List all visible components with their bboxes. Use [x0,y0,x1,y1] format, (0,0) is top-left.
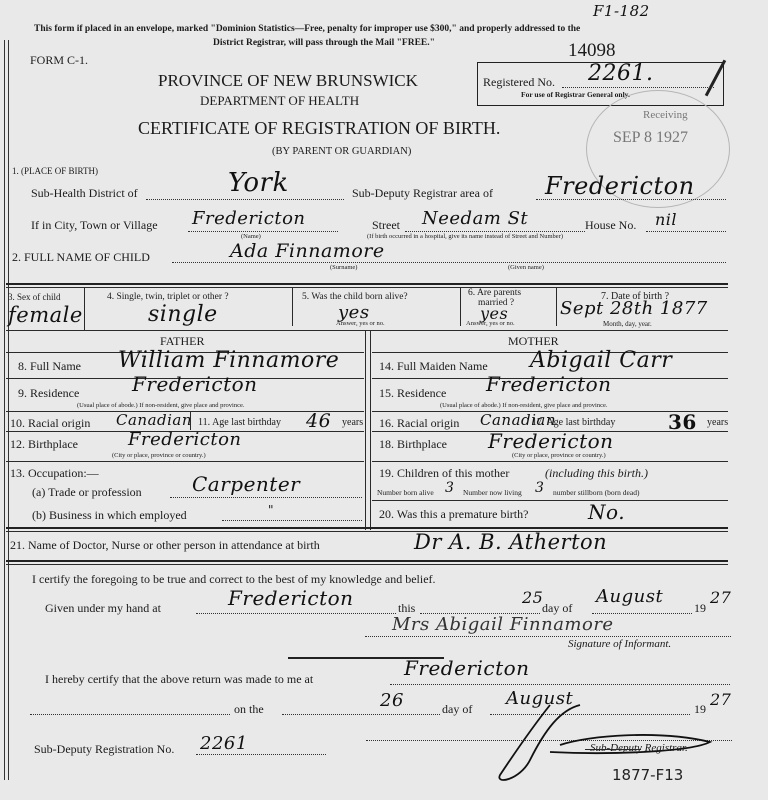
mother-birthplace-value[interactable]: Fredericton [488,429,614,453]
premature-label: 20. Was this a premature birth? [379,507,528,522]
street-value[interactable]: Needam St [422,208,528,229]
living-label: Number now living [463,488,522,497]
mother-age-unit: years [707,417,728,428]
registrar-place-value[interactable]: Fredericton [404,656,530,680]
given-place-value[interactable]: Fredericton [228,586,354,610]
file-number: 14098 [568,40,616,62]
city-hint: (Name) [241,233,261,240]
father-residence-value[interactable]: Fredericton [132,372,258,396]
given-under-label: Given under my hand at [45,601,161,616]
alive-hint: Answer, yes or no. [336,320,385,327]
dob-hint: Month, day, year. [603,320,652,328]
street-label: Street [372,218,400,233]
mail-notice-line2: District Registrar, will pass through th… [213,38,435,48]
department-title: DEPARTMENT OF HEALTH [200,93,359,109]
father-business-label: (b) Business in which employed [32,508,187,523]
informant-signature-label: Signature of Informant. [568,638,671,650]
father-heading: FATHER [160,334,204,349]
informant-day-value[interactable]: 25 [522,588,543,607]
attendant-value[interactable]: Dr A. B. Atherton [414,530,607,554]
father-age-unit: years [342,417,363,428]
corner-note: F1-182 [593,2,650,20]
mother-racial-label: 16. Racial origin [379,416,459,431]
sex-value[interactable]: female [8,303,83,327]
father-occupation-label: 13. Occupation:— [10,466,99,481]
registrar-signature-label: Sub-Deputy Registrar. [590,742,688,754]
born-alive-value[interactable]: 3 [445,480,454,496]
mother-name-label: 14. Full Maiden Name [379,359,488,374]
certification-statement: I certify the foregoing to be true and c… [32,572,436,587]
father-residence-hint: (Usual place of abode.) If non-resident,… [77,402,245,409]
registrar-day-value[interactable]: 26 [380,690,404,711]
given-name-hint: (Given name) [508,264,544,271]
registered-label: Registered No. [483,75,555,90]
file-reference: 1877-F13 [612,766,683,784]
mother-residence-hint: (Usual place of abode.) If non-resident,… [440,402,608,409]
mother-name-value[interactable]: Abigail Carr [530,348,672,373]
mail-notice-line1: This form if placed in an envelope, mark… [34,24,580,34]
plurality-label: 4. Single, twin, triplet or other ? [107,292,229,302]
father-birthplace-label: 12. Birthplace [10,437,78,452]
father-age-value[interactable]: 46 [306,410,331,432]
reg-no-value[interactable]: 2261 [200,733,248,754]
informant-signature[interactable]: Mrs Abigail Finnamore [392,614,614,635]
father-racial-label: 10. Racial origin [10,416,90,431]
child-name-value[interactable]: Ada Finnamore [230,240,385,262]
informant-year-value[interactable]: 27 [710,588,731,607]
alive-label: 5. Was the child born alive? [302,292,408,302]
registered-value: 2261. [588,61,653,86]
hospital-hint: (If birth occurred in a hospital, give i… [367,233,563,240]
stamp-top-text: Receiving [643,109,688,121]
informant-month-value[interactable]: August [596,586,663,607]
registrar-signature[interactable] [490,690,720,790]
mother-age-label: 17. Age last birthday [532,417,615,428]
father-business-value[interactable]: " [268,503,274,517]
strikethrough [585,749,641,750]
province-title: PROVINCE OF NEW BRUNSWICK [158,71,418,91]
married-label-1: 6. Are parents [468,288,521,298]
child-name-label: 2. FULL NAME OF CHILD [12,250,150,265]
father-name-value[interactable]: William Finnamore [118,348,339,373]
district-value[interactable]: York [228,168,289,198]
father-age-label: 11. Age last birthday [198,417,281,428]
registrar-day-of-label: day of [442,702,472,717]
mother-children-label-italic: (including this birth.) [545,466,648,481]
form-number: FORM C-1. [30,53,88,68]
surname-hint: (Surname) [330,264,357,271]
mother-birthplace-hint: (City or place, province or country.) [512,452,606,459]
father-birthplace-value[interactable]: Fredericton [128,429,242,450]
attendant-label: 21. Name of Doctor, Nurse or other perso… [10,538,320,553]
born-alive-label: Number born alive [377,488,434,497]
left-border [4,40,9,780]
sex-label: 3. Sex of child [8,292,61,302]
mother-heading: MOTHER [508,334,559,349]
dob-value[interactable]: Sept 28th 1877 [560,298,708,319]
mother-birthplace-label: 18. Birthplace [379,437,447,452]
registrar-statement: I hereby certify that the above return w… [45,672,313,687]
mother-children-label: 19. Children of this mother [379,466,509,481]
certificate-title: CERTIFICATE OF REGISTRATION OF BIRTH. [138,118,500,139]
premature-value[interactable]: No. [588,500,625,524]
living-value[interactable]: 3 [535,480,544,496]
mother-residence-label: 15. Residence [379,386,446,401]
district-label: Sub-Health District of [31,186,138,201]
place-section-label: 1. (PLACE OF BIRTH) [12,166,98,176]
plurality-value[interactable]: single [148,302,218,327]
area-label: Sub-Deputy Registrar area of [352,186,493,201]
house-value[interactable]: nil [655,210,677,229]
area-value[interactable]: Fredericton [545,172,695,200]
father-birthplace-hint: (City or place, province or country.) [112,452,206,459]
father-trade-value[interactable]: Carpenter [192,472,300,496]
reg-no-label: Sub-Deputy Registration No. [34,742,174,757]
city-value[interactable]: Fredericton [192,208,306,229]
certificate-subtitle: (BY PARENT OR GUARDIAN) [272,146,411,157]
married-hint: Answer, yes or no. [466,320,515,327]
father-trade-label: (a) Trade or profession [32,485,142,500]
city-label: If in City, Town or Village [31,218,158,233]
father-residence-label: 9. Residence [18,386,79,401]
stamp-date: SEP 8 1927 [613,129,688,147]
stillborn-label: number stillborn (born dead) [553,488,639,497]
registered-note: For use of Registrar General only. [521,90,630,99]
informant-year-prefix: 19 [694,601,706,616]
father-racial-value[interactable]: Canadian [116,411,192,429]
house-label: House No. [585,218,636,233]
father-name-label: 8. Full Name [18,359,81,374]
mother-residence-value[interactable]: Fredericton [486,372,612,396]
on-the-label: on the [234,702,264,717]
